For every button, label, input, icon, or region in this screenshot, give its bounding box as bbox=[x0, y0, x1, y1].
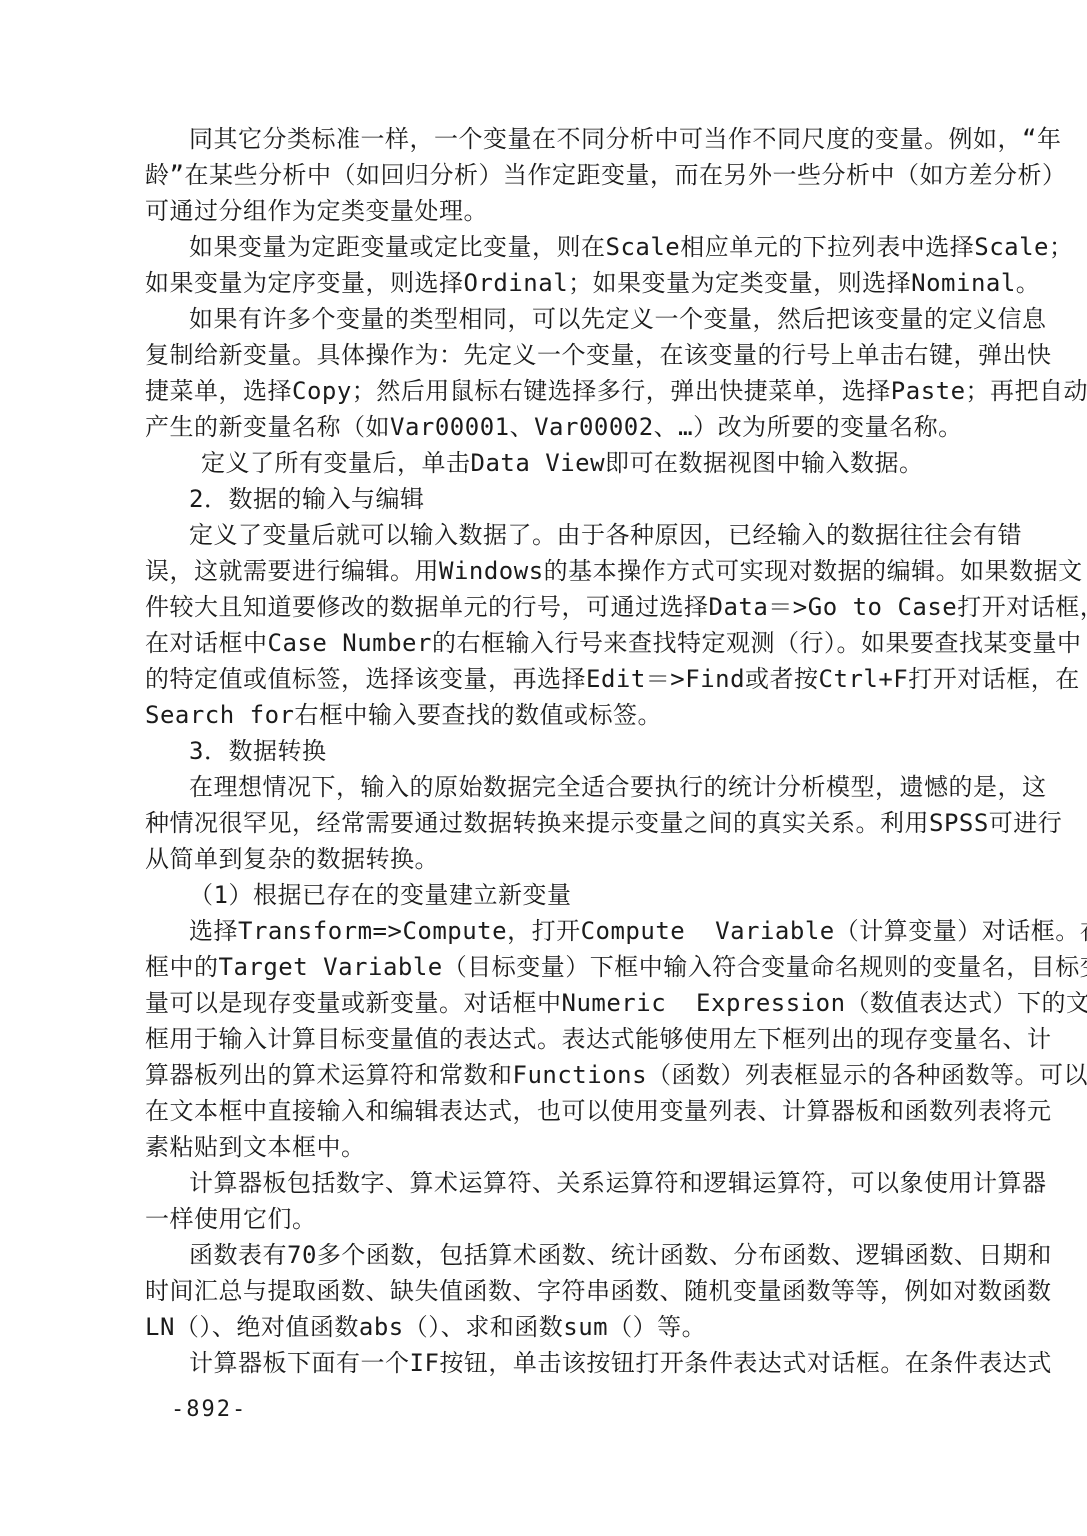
text-line: 2．数据的输入与编辑 bbox=[145, 481, 970, 517]
text-line: 件较大且知道要修改的数据单元的行号，可通过选择Data＝>Go to Case打… bbox=[145, 589, 970, 625]
text-line: 计算器板下面有一个IF按钮，单击该按钮打开条件表达式对话框。在条件表达式 bbox=[145, 1345, 970, 1381]
text-line: Search for右框中输入要查找的数值或标签。 bbox=[145, 697, 970, 733]
text-line: LN（）、绝对值函数abs（）、求和函数sum（）等。 bbox=[145, 1309, 970, 1345]
text-line: 在对话框中Case Number的右框输入行号来查找特定观测（行）。如果要查找某… bbox=[145, 625, 970, 661]
body-text: 同其它分类标准一样，一个变量在不同分析中可当作不同尺度的变量。例如，“年龄”在某… bbox=[145, 121, 970, 1381]
page-number: -892- bbox=[171, 1396, 247, 1424]
text-line: 素粘贴到文本框中。 bbox=[145, 1129, 970, 1165]
text-line: 误，这就需要进行编辑。用Windows的基本操作方式可实现对数据的编辑。如果数据… bbox=[145, 553, 970, 589]
text-line: 的特定值或值标签，选择该变量，再选择Edit＝>Find或者按Ctrl+F打开对… bbox=[145, 661, 970, 697]
text-line: 在理想情况下，输入的原始数据完全适合要执行的统计分析模型，遗憾的是，这 bbox=[145, 769, 970, 805]
text-line: 框用于输入计算目标变量值的表达式。表达式能够使用左下框列出的现存变量名、计 bbox=[145, 1021, 970, 1057]
text-line: 在文本框中直接输入和编辑表达式，也可以使用变量列表、计算器板和函数列表将元 bbox=[145, 1093, 970, 1129]
text-line: 一样使用它们。 bbox=[145, 1201, 970, 1237]
text-line: 龄”在某些分析中（如回归分析）当作定距变量，而在另外一些分析中（如方差分析） bbox=[145, 157, 970, 193]
text-line: 选择Transform=>Compute，打开Compute Variable（… bbox=[145, 913, 970, 949]
text-line: 时间汇总与提取函数、缺失值函数、字符串函数、随机变量函数等等，例如对数函数 bbox=[145, 1273, 970, 1309]
text-line: 复制给新变量。具体操作为：先定义一个变量，在该变量的行号上单击右键，弹出快 bbox=[145, 337, 970, 373]
text-line: 如果变量为定距变量或定比变量，则在Scale相应单元的下拉列表中选择Scale； bbox=[145, 229, 970, 265]
text-line: 计算器板包括数字、算术运算符、关系运算符和逻辑运算符，可以象使用计算器 bbox=[145, 1165, 970, 1201]
text-line: 从简单到复杂的数据转换。 bbox=[145, 841, 970, 877]
text-line: 如果有许多个变量的类型相同，可以先定义一个变量，然后把该变量的定义信息 bbox=[145, 301, 970, 337]
text-line: 可通过分组作为定类变量处理。 bbox=[145, 193, 970, 229]
text-line: 定义了变量后就可以输入数据了。由于各种原因，已经输入的数据往往会有错 bbox=[145, 517, 970, 553]
text-line: （1）根据已存在的变量建立新变量 bbox=[145, 877, 970, 913]
text-line: 捷菜单，选择Copy；然后用鼠标右键选择多行，弹出快捷菜单，选择Paste；再把… bbox=[145, 373, 970, 409]
text-line: 框中的Target Variable（目标变量）下框中输入符合变量命名规则的变量… bbox=[145, 949, 970, 985]
text-line: 种情况很罕见，经常需要通过数据转换来提示变量之间的真实关系。利用SPSS可进行 bbox=[145, 805, 970, 841]
text-line: 产生的新变量名称（如Var00001、Var00002、…）改为所要的变量名称。 bbox=[145, 409, 970, 445]
text-line: 函数表有70多个函数，包括算术函数、统计函数、分布函数、逻辑函数、日期和 bbox=[145, 1237, 970, 1273]
text-line: 算器板列出的算术运算符和常数和Functions（函数）列表框显示的各种函数等。… bbox=[145, 1057, 970, 1093]
text-line: 同其它分类标准一样，一个变量在不同分析中可当作不同尺度的变量。例如，“年 bbox=[145, 121, 970, 157]
document-page: 同其它分类标准一样，一个变量在不同分析中可当作不同尺度的变量。例如，“年龄”在某… bbox=[0, 0, 1087, 1536]
text-line: 3．数据转换 bbox=[145, 733, 970, 769]
text-line: 如果变量为定序变量，则选择Ordinal；如果变量为定类变量，则选择Nomina… bbox=[145, 265, 970, 301]
text-line: 定义了所有变量后，单击Data View即可在数据视图中输入数据。 bbox=[145, 445, 970, 481]
text-line: 量可以是现存变量或新变量。对话框中Numeric Expression（数值表达… bbox=[145, 985, 970, 1021]
